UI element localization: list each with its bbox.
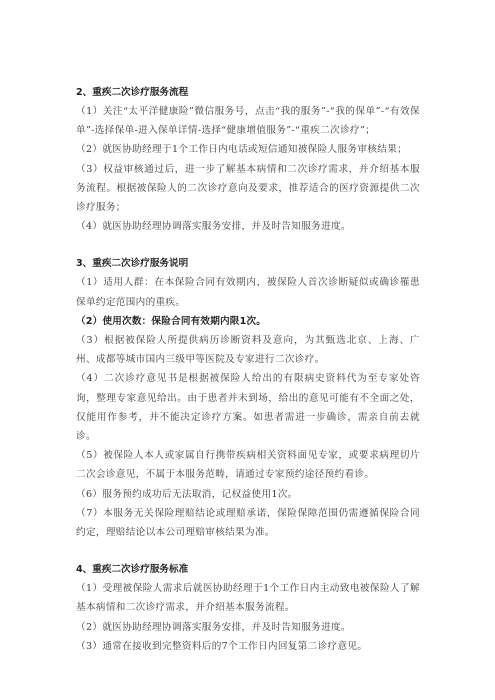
section-spacer (76, 542, 420, 560)
paragraph: （2）就医协助经理于1个工作日内电话或短信通知被保险人服务审核结果； (76, 140, 420, 159)
section-description: 3、重疾二次诊疗服务说明 （1）适用人群：在本保险合同有效期内，被保险人首次诊断… (76, 254, 420, 542)
section-spacer (76, 236, 420, 254)
paragraph: （1）受理被保险人需求后就医协助经理于1个工作日内主动致电被保险人了解基本病情和… (76, 579, 420, 617)
section-heading: 2、重疾二次诊疗服务流程 (76, 83, 420, 102)
paragraph: （3）权益审核通过后，进一步了解基本病情和二次诊疗需求，并介绍基本服务流程。根据… (76, 160, 420, 218)
paragraph: （2）就医协助经理协调落实服务安排，并及时告知服务进度。 (76, 618, 420, 637)
paragraph: （5）被保险人本人或家属自行携带疾病相关资料面见专家，或要求病理切片二次会诊意见… (76, 446, 420, 484)
section-standards: 4、重疾二次诊疗服务标准 （1）受理被保险人需求后就医协助经理于1个工作日内主动… (76, 560, 420, 656)
section-heading: 3、重疾二次诊疗服务说明 (76, 254, 420, 273)
paragraph: （1）关注“太平洋健康险”微信服务号，点击“我的服务”-“我的保单”-“有效保单… (76, 102, 420, 140)
paragraph: （6）服务预约成功后无法取消，记权益使用1次。 (76, 485, 420, 504)
paragraph: （7）本服务无关保险理赔结论或理赔承诺，保险保障范围仍需遵循保险合同约定，理赔结… (76, 504, 420, 542)
paragraph: （3）通常在接收到完整资料后的7个工作日内回复第二诊疗意见。 (76, 637, 420, 656)
paragraph-usage-limit: （2）使用次数：保险合同有效期内限1次。 (76, 312, 420, 331)
section-heading: 4、重疾二次诊疗服务标准 (76, 560, 420, 579)
section-process: 2、重疾二次诊疗服务流程 （1）关注“太平洋健康险”微信服务号，点击“我的服务”… (76, 83, 420, 236)
paragraph: （4）就医协助经理协调落实服务安排，并及时告知服务进度。 (76, 217, 420, 236)
paragraph: （3）根据被保险人所提供病历诊断资料及意向，为其甄选北京、上海、广州、成都等城市… (76, 331, 420, 369)
document-page: 2、重疾二次诊疗服务流程 （1）关注“太平洋健康险”微信服务号，点击“我的服务”… (76, 83, 420, 656)
paragraph: （4）二次诊疗意见书是根据被保险人给出的有限病史资料代为至专家处咨询，整理专家意… (76, 369, 420, 446)
paragraph: （1）适用人群：在本保险合同有效期内，被保险人首次诊断疑似或确诊罹患保单约定范围… (76, 273, 420, 311)
